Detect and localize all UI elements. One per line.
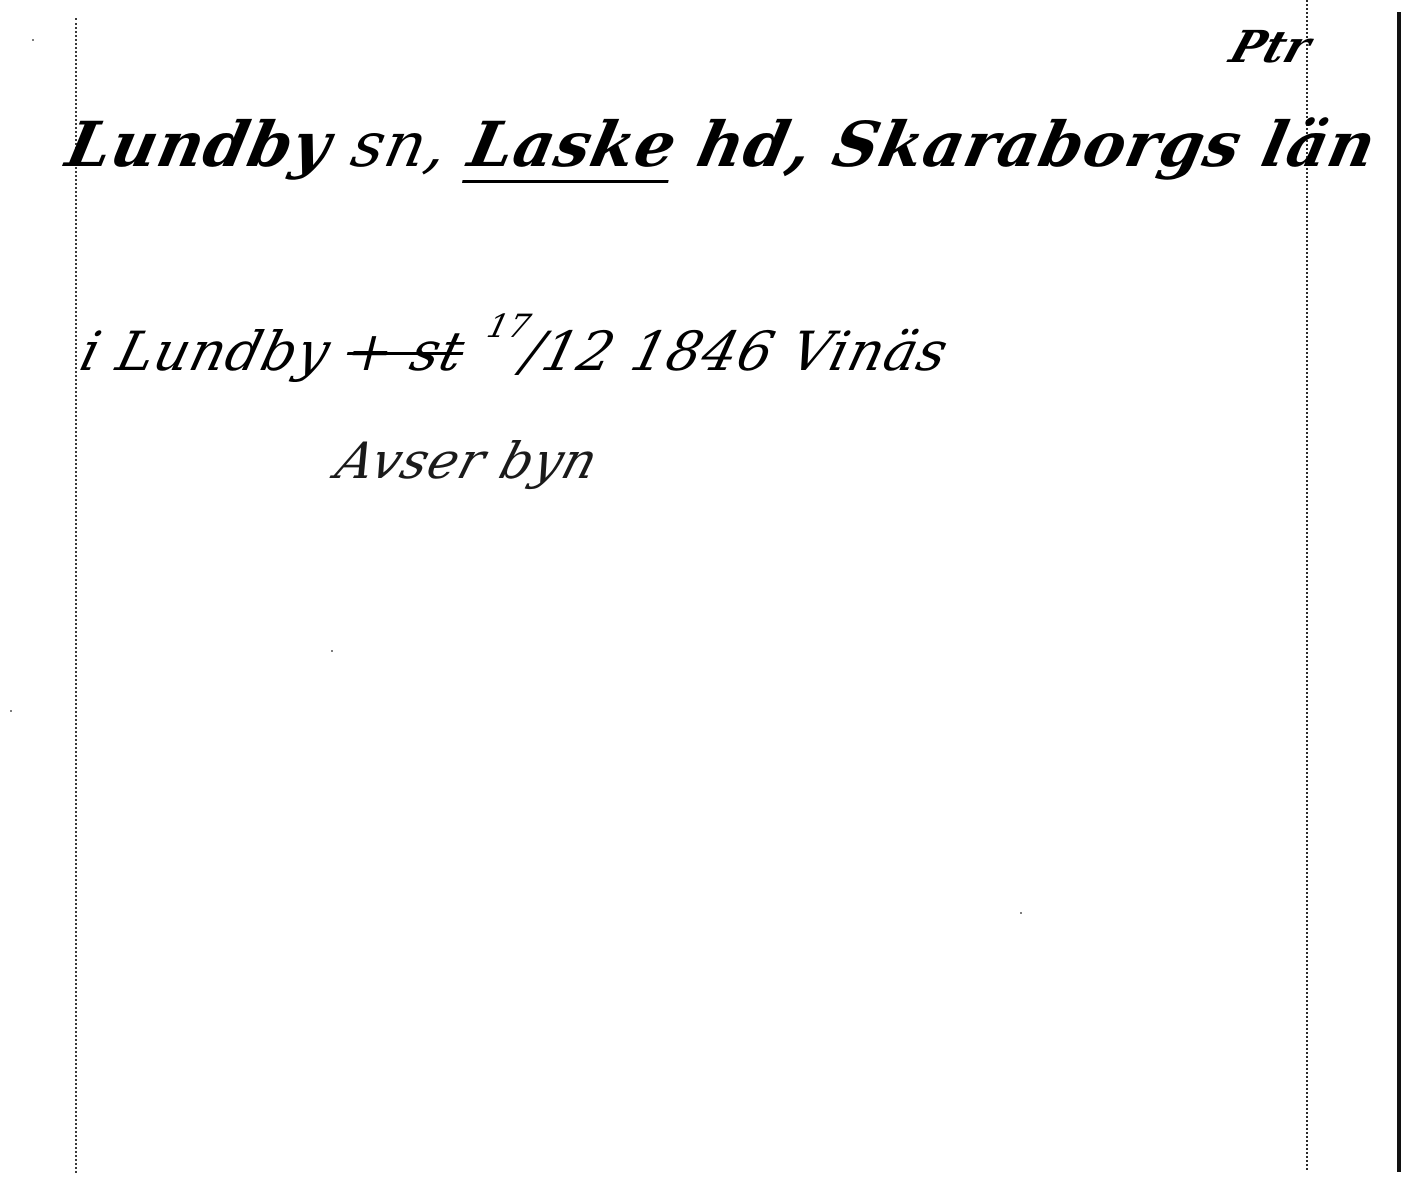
county-name: Skaraborgs län xyxy=(827,108,1383,181)
entry-date: 17/12 1846 xyxy=(474,320,782,383)
card-edge xyxy=(1397,12,1401,1172)
left-margin-rule xyxy=(75,18,77,1173)
district-name: Laske xyxy=(462,108,684,181)
district-abbrev: hd, xyxy=(691,108,820,181)
date-month-year: /12 1846 xyxy=(517,320,782,383)
struck-text: + st xyxy=(340,320,472,383)
scan-speck xyxy=(331,650,333,652)
corner-code: Ptr xyxy=(1224,22,1317,73)
scan-speck xyxy=(1020,912,1022,914)
parish-abbrev: sn, xyxy=(345,108,455,181)
parish-name: Lundby xyxy=(60,108,338,181)
entry-prefix: i xyxy=(74,320,108,383)
entry-line: i Lundby + st 17/12 1846 Vinäs xyxy=(74,320,955,383)
recorder-name: Vinäs xyxy=(784,320,955,383)
entry-place: Lundby xyxy=(111,320,338,383)
heading-line: Lundby sn, Laske hd, Skaraborgs län xyxy=(60,108,1383,181)
index-card: Ptr Lundby sn, Laske hd, Skaraborgs län … xyxy=(0,0,1414,1180)
scan-speck xyxy=(10,710,12,712)
scan-speck xyxy=(32,39,34,41)
note-line: Avser byn xyxy=(330,432,605,490)
